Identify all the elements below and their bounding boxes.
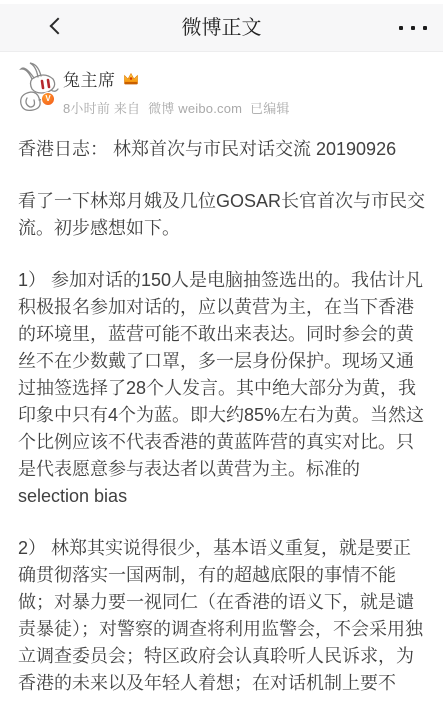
post-paragraphs: 看了一下林郑月娥及几位GOSAR长官首次与市民交流。初步感想如下。1） 参加对话… — [18, 188, 425, 697]
timestamp: 8小时前 来自 — [63, 101, 140, 116]
post-content: 香港日志： 林郑首次与市民对话交流 20190926 看了一下林郑月娥及几位GO… — [0, 136, 443, 697]
username[interactable]: 兔主席 — [63, 66, 116, 91]
ellipsis-icon — [399, 26, 403, 30]
back-button[interactable] — [44, 14, 72, 42]
chevron-left-icon — [50, 18, 67, 35]
user-info: 兔主席 8小时前 来自 微博 weibo.com 已编辑 — [63, 62, 294, 117]
ellipsis-icon — [423, 26, 427, 30]
verified-v-badge: V — [41, 92, 55, 106]
post-title-line: 香港日志： 林郑首次与市民对话交流 20190926 — [18, 136, 425, 163]
navbar: 微博正文 — [0, 4, 443, 52]
more-menu-button[interactable] — [397, 18, 429, 38]
post-paragraph: 1） 参加对话的150人是电脑抽签选出的。我估计凡积极报名参加对话的，应以黄营为… — [18, 267, 425, 510]
member-crown-icon — [123, 71, 139, 87]
weibo-post-page: 微博正文 — [0, 0, 443, 704]
avatar[interactable]: V — [17, 62, 62, 112]
post-meta: 8小时前 来自 微博 weibo.com 已编辑 — [63, 98, 294, 117]
edited-badge: 已编辑 — [250, 101, 290, 116]
post-header: V 兔主席 8小时前 来自 微博 — [17, 62, 443, 114]
ellipsis-icon — [411, 26, 415, 30]
source-link[interactable]: 微博 weibo.com — [148, 101, 242, 116]
post-paragraph: 看了一下林郑月娥及几位GOSAR长官首次与市民交流。初步感想如下。 — [18, 188, 425, 242]
post-paragraph: 2） 林郑其实说得很少，基本语义重复，就是要正确贯彻落实一国两制，有的超越底限的… — [18, 535, 425, 697]
rabbit-sketch-avatar — [17, 62, 62, 112]
